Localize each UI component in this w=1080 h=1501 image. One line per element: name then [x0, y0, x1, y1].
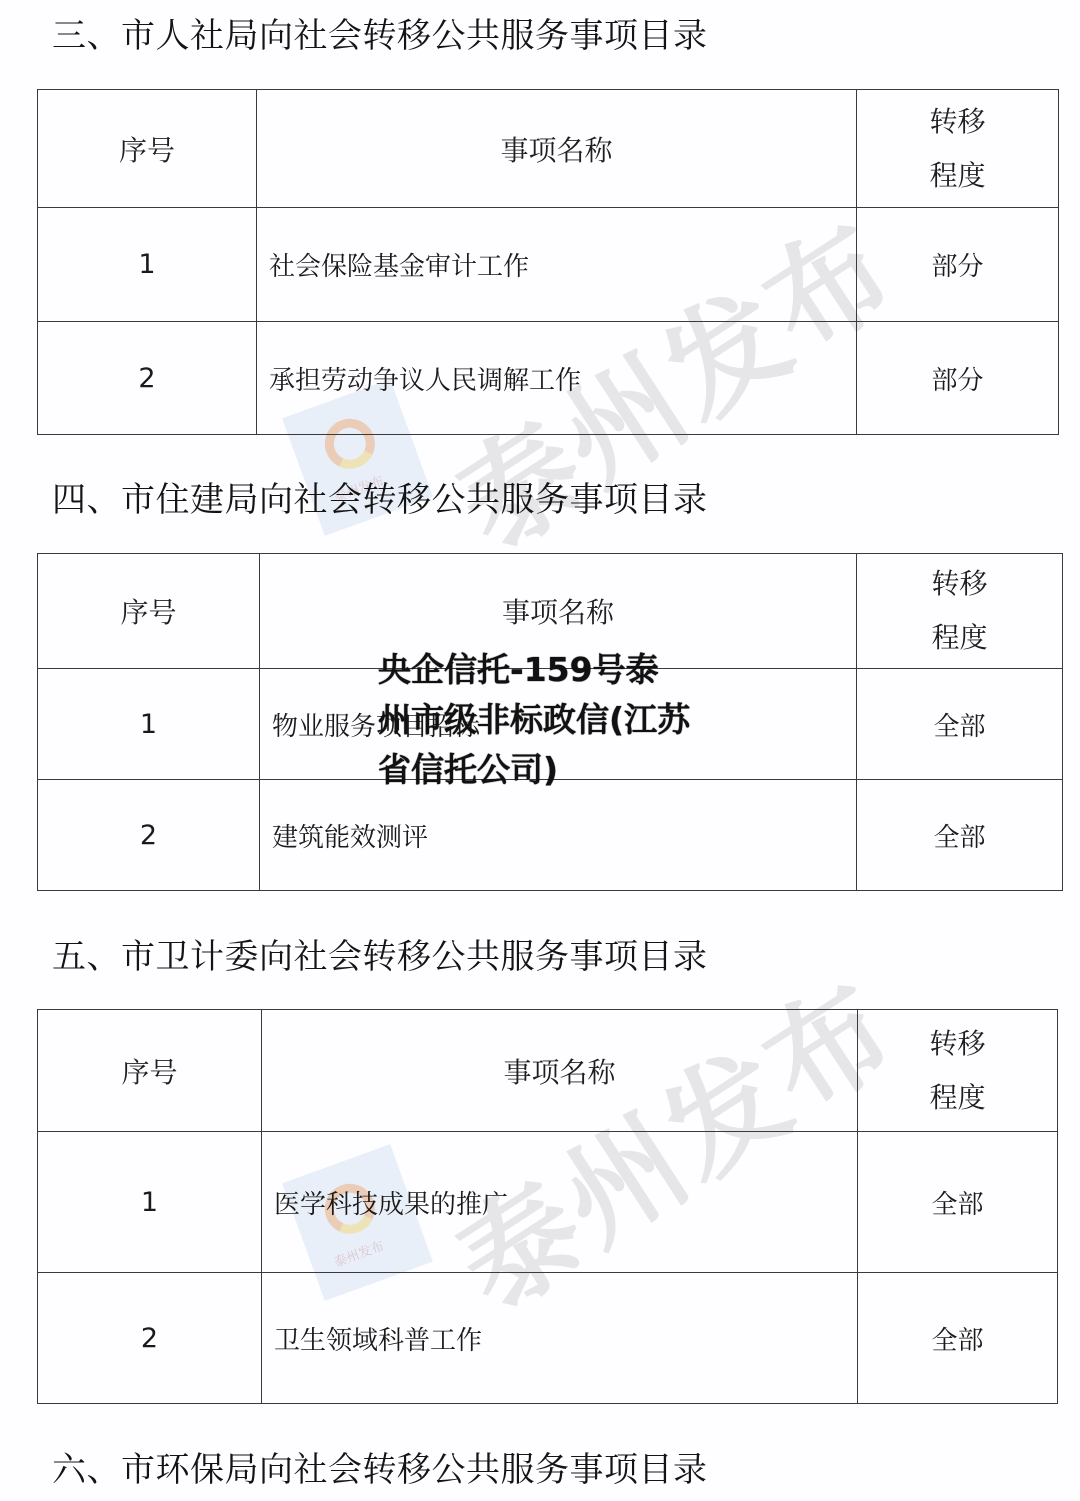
row-index: 1 [38, 1132, 262, 1272]
row-index: 2 [38, 322, 257, 434]
overlay-headline: 央企信托-159号泰 州市级非标政信(江苏 省信托公司) [378, 645, 718, 795]
header-degree-line1: 转移 [931, 557, 987, 611]
table-health-commission: 序号 事项名称 转移 程度 1 医学科技成果的推广 全部 2 卫生领域科普工作 … [37, 1009, 1058, 1404]
table-row: 2 承担劳动争议人民调解工作 部分 [38, 322, 1058, 434]
section-title-health-commission: 五、市卫计委向社会转移公共服务事项目录 [52, 937, 708, 977]
row-degree: 全部 [857, 669, 1062, 779]
row-degree: 全部 [857, 780, 1062, 890]
header-degree: 转移 程度 [858, 1010, 1057, 1131]
section-title-housing-bureau: 四、市住建局向社会转移公共服务事项目录 [52, 480, 708, 520]
row-index: 1 [38, 208, 257, 321]
section-title-environment-bureau: 六、市环保局向社会转移公共服务事项目录 [52, 1450, 708, 1490]
row-name: 承担劳动争议人民调解工作 [257, 322, 857, 434]
table-header-row: 序号 事项名称 转移 程度 [38, 90, 1058, 208]
header-degree: 转移 程度 [857, 90, 1058, 207]
row-name: 医学科技成果的推广 [262, 1132, 858, 1272]
row-name: 卫生领域科普工作 [262, 1273, 858, 1403]
header-degree: 转移 程度 [857, 554, 1062, 668]
header-name: 事项名称 [257, 90, 857, 207]
table-header-row: 序号 事项名称 转移 程度 [38, 1010, 1057, 1132]
header-name: 事项名称 [262, 1010, 858, 1131]
table-row: 1 医学科技成果的推广 全部 [38, 1132, 1057, 1273]
header-index: 序号 [38, 1010, 262, 1131]
header-index: 序号 [38, 554, 260, 668]
header-degree-line2: 程度 [929, 149, 985, 203]
table-row: 1 社会保险基金审计工作 部分 [38, 208, 1058, 322]
row-index: 2 [38, 1273, 262, 1403]
header-degree-line2: 程度 [931, 611, 987, 665]
table-row: 2 建筑能效测评 全部 [38, 780, 1062, 890]
overlay-line-3: 省信托公司) [378, 745, 718, 795]
row-degree: 全部 [858, 1273, 1057, 1403]
header-degree-line1: 转移 [929, 95, 985, 149]
row-name: 社会保险基金审计工作 [257, 208, 857, 321]
row-degree: 部分 [857, 208, 1058, 321]
row-degree: 全部 [858, 1132, 1057, 1272]
table-hr-bureau: 序号 事项名称 转移 程度 1 社会保险基金审计工作 部分 2 承担劳动争议人民… [37, 89, 1059, 435]
row-index: 1 [38, 669, 260, 779]
header-degree-line2: 程度 [929, 1071, 985, 1125]
header-degree-line1: 转移 [929, 1017, 985, 1071]
overlay-line-1: 央企信托-159号泰 [378, 645, 718, 695]
row-index: 2 [38, 780, 260, 890]
overlay-line-2: 州市级非标政信(江苏 [378, 695, 718, 745]
table-row: 2 卫生领域科普工作 全部 [38, 1273, 1057, 1403]
row-name: 建筑能效测评 [260, 780, 857, 890]
header-index: 序号 [38, 90, 257, 207]
section-title-hr-bureau: 三、市人社局向社会转移公共服务事项目录 [52, 16, 708, 56]
row-degree: 部分 [857, 322, 1058, 434]
